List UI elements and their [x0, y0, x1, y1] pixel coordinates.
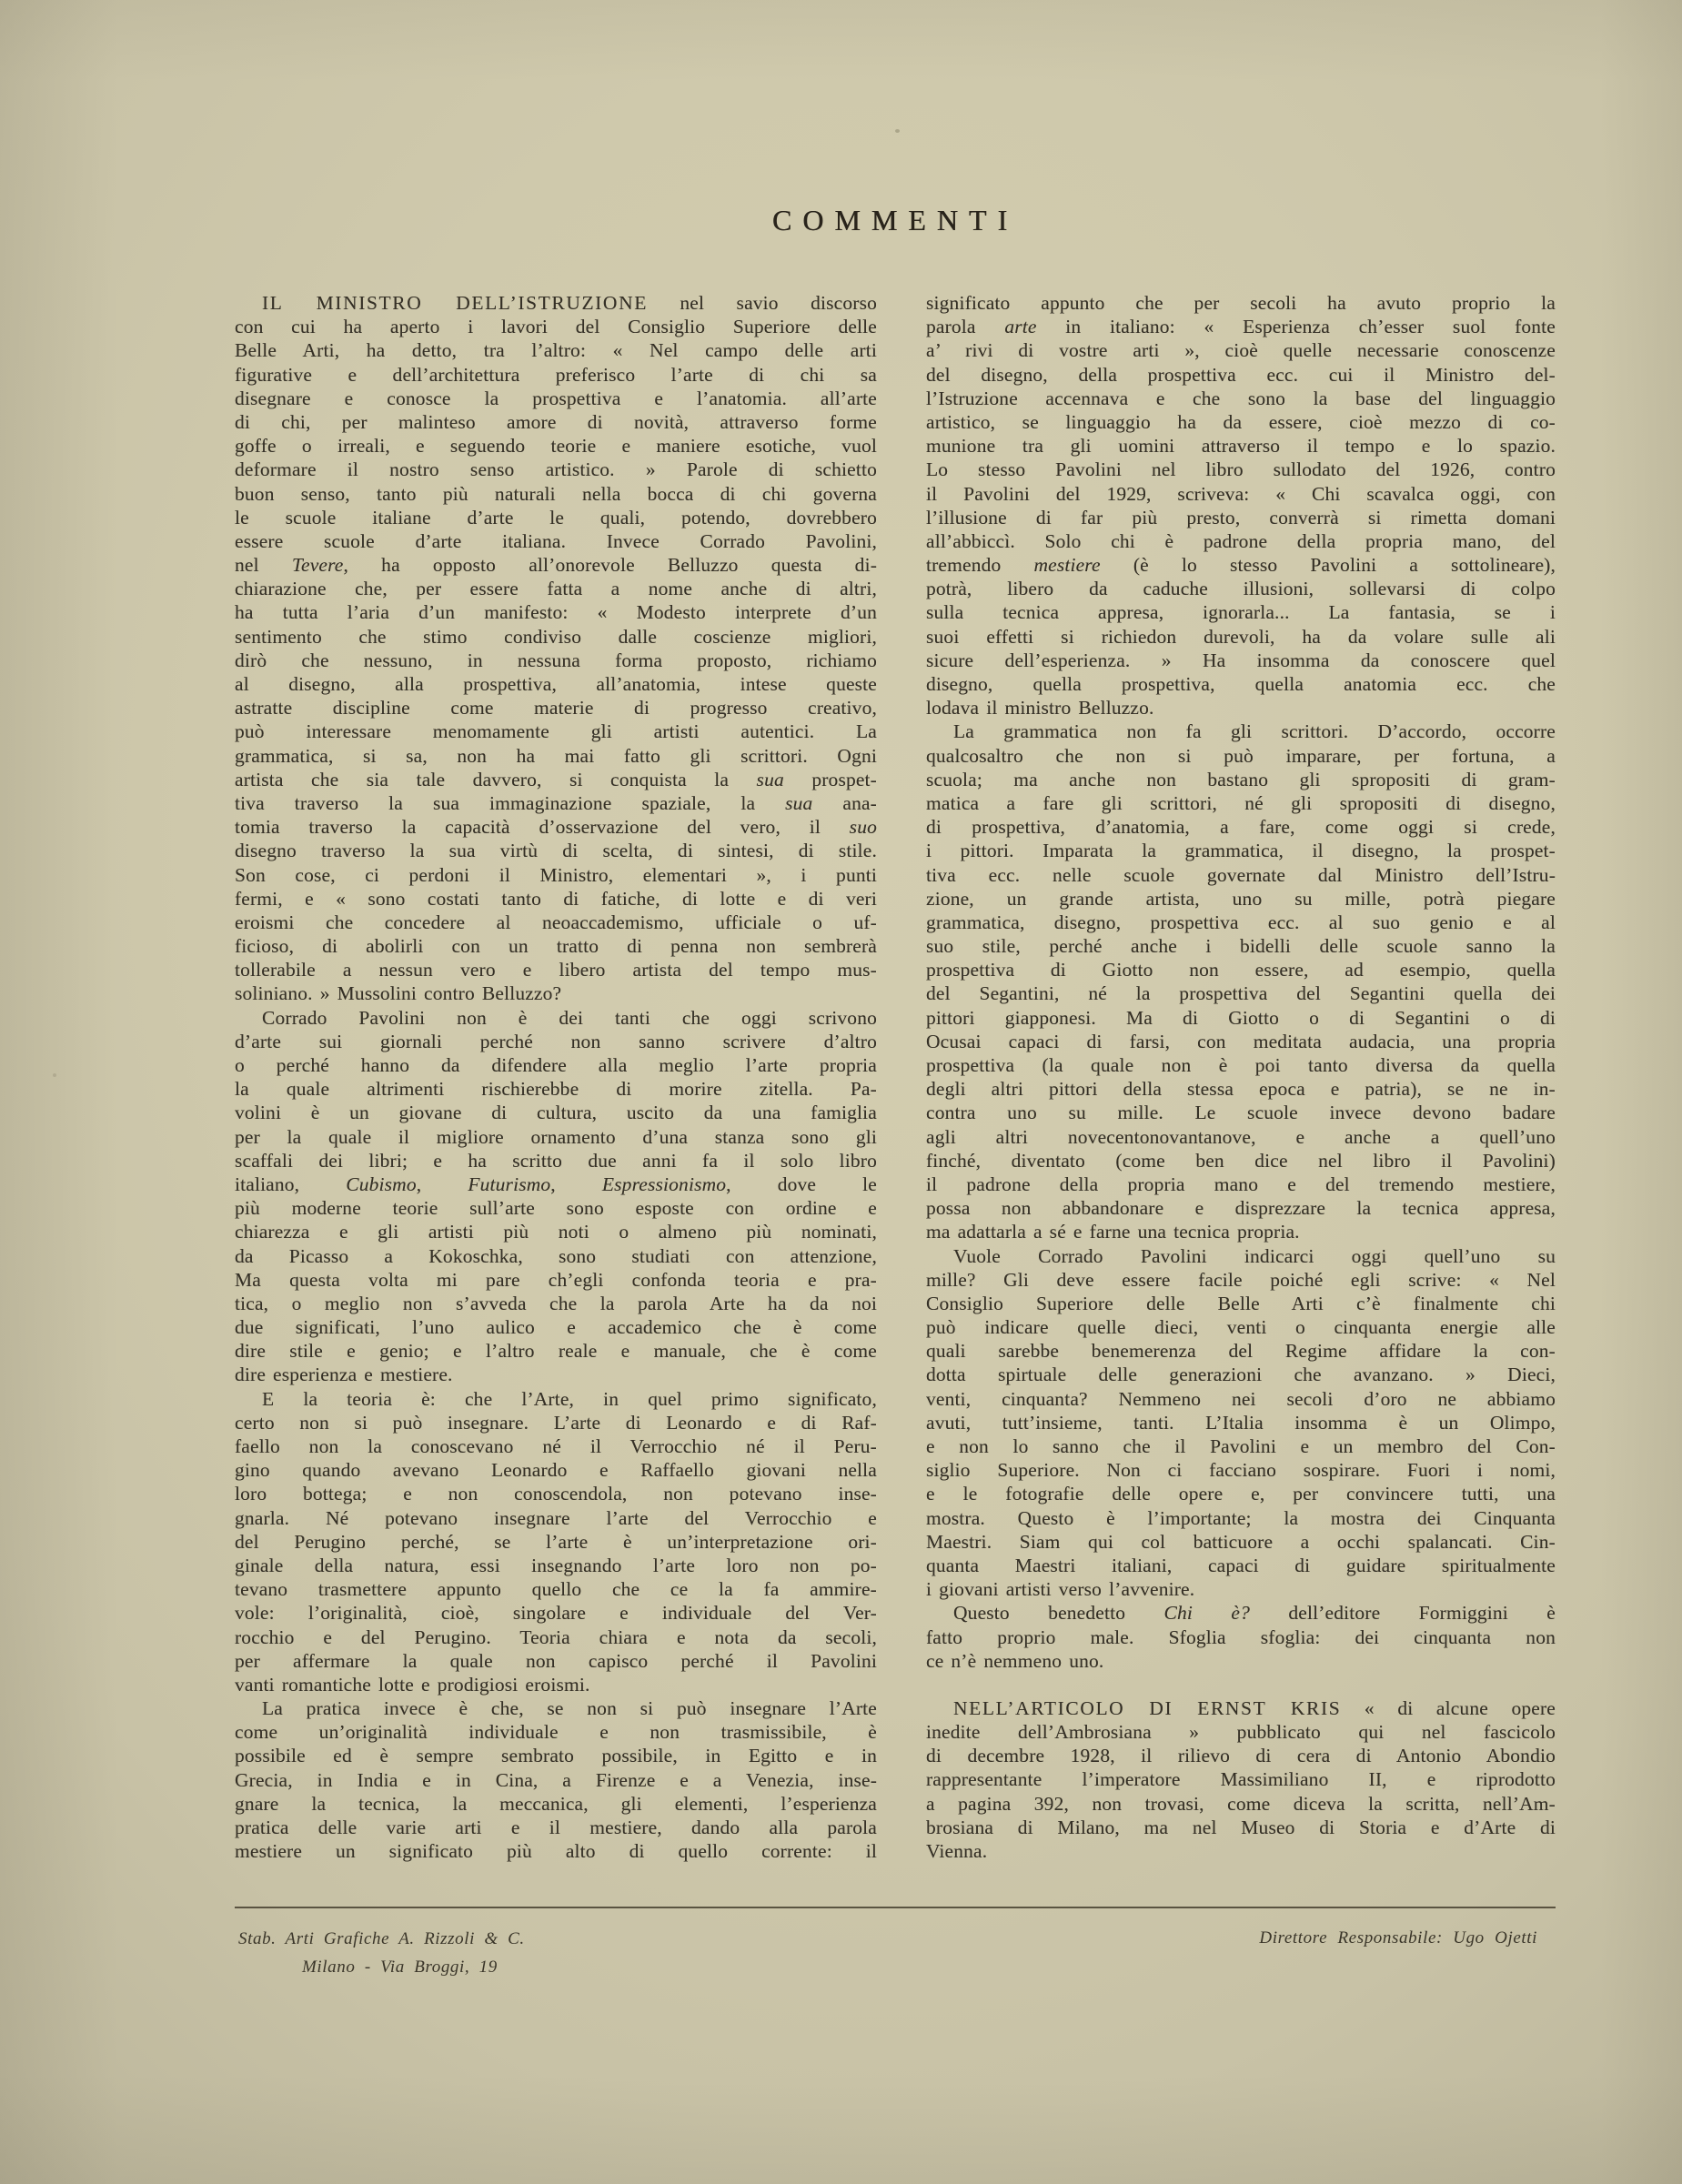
text-line: rappresentante l’imperatore Massimiliano… — [926, 1767, 1556, 1791]
text-line: Vuole Corrado Pavolini indicarci oggi qu… — [926, 1244, 1556, 1268]
text-line: dire esperienza e mestiere. — [235, 1363, 877, 1386]
text-line: NELL’ARTICOLO DI ERNST KRIS « di alcune … — [926, 1696, 1556, 1720]
text-line: rocchio e del Perugino. Teoria chiara e … — [235, 1625, 877, 1649]
text-line: loro bottega; e non conoscendola, non po… — [235, 1482, 877, 1505]
printer-credit: Stab. Arti Grafiche A. Rizzoli & C. Mila… — [238, 1925, 875, 1981]
text-line: del Perugino perché, se l’arte è un’inte… — [235, 1530, 877, 1554]
text-line: ha tutta l’aria d’un manifesto: « Modest… — [235, 600, 877, 624]
text-line: possibile ed è sempre sembrato possibile… — [235, 1744, 877, 1767]
lead-in-caps: NELL’ARTICOLO DI ERNST KRIS — [953, 1697, 1341, 1719]
text-line: tiva ecc. nelle scuole governate dal Min… — [926, 863, 1556, 887]
text-line: significato appunto che per secoli ha av… — [926, 291, 1556, 315]
paper-speck — [895, 129, 900, 133]
text-line: goffe o irreali, e seguendo teorie e man… — [235, 434, 877, 458]
text-line: sentimento che stimo condiviso dalle cos… — [235, 625, 877, 649]
text-line: Consiglio Superiore delle Belle Arti c’è… — [926, 1292, 1556, 1315]
text-line: a pagina 392, non trovasi, come diceva l… — [926, 1792, 1556, 1816]
text-line: gnarla. Né potevano insegnare l’arte del… — [235, 1506, 877, 1530]
text-line: disegnare e conosce la prospettiva e l’a… — [235, 387, 877, 410]
text-line: possa non abbandonare e disprezzare la t… — [926, 1196, 1556, 1220]
text-line: buon senso, tanto più naturali nella boc… — [235, 482, 877, 506]
text-line: ginale della natura, essi insegnando l’a… — [235, 1554, 877, 1577]
text-line: il padrone della propria mano e del trem… — [926, 1173, 1556, 1196]
text-line: parola arte in italiano: « Esperienza ch… — [926, 315, 1556, 338]
text-line: IL MINISTRO DELL’ISTRUZIONE nel savio di… — [235, 291, 877, 315]
text-line: tremendo mestiere (è lo stesso Pavolini … — [926, 553, 1556, 577]
text-line: Grecia, in India e in Cina, a Firenze e … — [235, 1768, 877, 1792]
text-line: soliniano. » Mussolini contro Belluzzo? — [235, 981, 877, 1005]
text-line: essere scuole d’arte italiana. Invece Co… — [235, 529, 877, 553]
text-line: mostra. Questo è l’importante; la mostra… — [926, 1506, 1556, 1530]
text-line: pittori giapponesi. Ma di Giotto o di Se… — [926, 1006, 1556, 1030]
text-line: del Segantini, né la prospettiva del Seg… — [926, 981, 1556, 1005]
text-line: può indicare quelle dieci, venti o cinqu… — [926, 1315, 1556, 1339]
text-line: vanti romantiche lotte e prodigiosi eroi… — [235, 1673, 877, 1696]
text-line: prospettiva di Giotto non essere, ad ese… — [926, 958, 1556, 981]
paper-speck — [53, 1073, 56, 1077]
text-line: Corrado Pavolini non è dei tanti che ogg… — [235, 1006, 877, 1030]
text-line: tica, o meglio non s’avveda che la parol… — [235, 1292, 877, 1315]
text-line: gino quando avevano Leonardo e Raffaello… — [235, 1458, 877, 1482]
text-line: fermi, e « sono costati tanto di fatiche… — [235, 887, 877, 911]
text-line: tomia traverso la capacità d’osservazion… — [235, 815, 877, 839]
paragraph: significato appunto che per secoli ha av… — [926, 291, 1556, 720]
text-line: di chi, per malinteso amore di novità, a… — [235, 410, 877, 434]
text-line: potrà, libero da caduche illusioni, soll… — [926, 577, 1556, 600]
text-line: e non lo sanno che il Pavolini e un memb… — [926, 1434, 1556, 1458]
text-line: la quale altrimenti rischierebbe di mori… — [235, 1077, 877, 1101]
text-line: per la quale il migliore ornamento d’una… — [235, 1125, 877, 1149]
text-line: faello non la conoscevano né il Verrocch… — [235, 1434, 877, 1458]
printer-address: Milano - Via Broggi, 19 — [238, 1953, 875, 1981]
text-line: e le fotografie delle opere e, per convi… — [926, 1482, 1556, 1505]
text-line: può interessare menomamente gli artisti … — [235, 720, 877, 743]
text-line: fatto proprio male. Sfoglia sfoglia: dei… — [926, 1625, 1556, 1649]
text-line: agli altri novecentonovantanove, e anche… — [926, 1125, 1556, 1149]
text-line: volini è un giovane di cultura, uscito d… — [235, 1101, 877, 1124]
text-line: zione, un grande artista, uno su mille, … — [926, 887, 1556, 911]
text-line: scuola; ma anche non bastano gli spropos… — [926, 768, 1556, 791]
text-line: sulla tecnica appresa, ignorarla... La f… — [926, 600, 1556, 624]
text-line: figurative e dell’architettura preferisc… — [235, 363, 877, 387]
paragraph: E la teoria è: che l’Arte, in quel primo… — [235, 1387, 877, 1696]
text-line: da Picasso a Kokoschka, sono studiati co… — [235, 1244, 877, 1268]
text-line: Vienna. — [926, 1839, 1556, 1863]
text-line: La pratica invece è che, se non si può i… — [235, 1696, 877, 1720]
text-line: ce n’è nemmeno uno. — [926, 1649, 1556, 1673]
text-line: disegno traverso la sua virtù di scelta,… — [235, 839, 877, 862]
text-line: chiarezza e gli artisti più noti o almen… — [235, 1220, 877, 1243]
text-line: o perché hanno da difendere alla meglio … — [235, 1053, 877, 1077]
text-line: matica a fare gli scrittori, né gli spro… — [926, 791, 1556, 815]
paragraph: Questo benedetto Chi è? dell’editore For… — [926, 1601, 1556, 1673]
text-line: qualcosaltro che non si può imparare, pe… — [926, 744, 1556, 768]
text-line: vole: l’originalità, cioè, singolare e i… — [235, 1601, 877, 1625]
text-line: deformare il nostro senso artistico. » P… — [235, 458, 877, 481]
column-right: significato appunto che per secoli ha av… — [926, 291, 1556, 1863]
text-line: disegno, quella prospettiva, quella anat… — [926, 672, 1556, 696]
text-line: Son cose, ci perdoni il Ministro, elemen… — [235, 863, 877, 887]
text-line: d’arte sui giornali perché non sanno scr… — [235, 1030, 877, 1053]
text-line: tollerabile a nessun vero e libero artis… — [235, 958, 877, 981]
text-line: dire stile e genio; e l’altro reale e ma… — [235, 1339, 877, 1363]
column-left: IL MINISTRO DELL’ISTRUZIONE nel savio di… — [235, 291, 877, 1863]
magazine-page: COMMENTI IL MINISTRO DELL’ISTRUZIONE nel… — [0, 0, 1682, 2184]
text-line: del disegno, della prospettiva ecc. cui … — [926, 363, 1556, 387]
text-line: finché, diventato (come ben dice nel lib… — [926, 1149, 1556, 1173]
text-line: E la teoria è: che l’Arte, in quel primo… — [235, 1387, 877, 1411]
text-line: più moderne teorie sull’arte sono espost… — [235, 1196, 877, 1220]
paragraph: IL MINISTRO DELL’ISTRUZIONE nel savio di… — [235, 291, 877, 1006]
director-credit: Direttore Responsabile: Ugo Ojetti — [926, 1928, 1537, 1948]
text-line: all’abbiccì. Solo chi è padrone della pr… — [926, 529, 1556, 553]
text-line: ficioso, di abolirli con un tratto di pe… — [235, 934, 877, 958]
paragraph: La grammatica non fa gli scrittori. D’ac… — [926, 720, 1556, 1243]
text-line: artista che sia tale davvero, si conquis… — [235, 768, 877, 791]
text-line: grammatica, si sa, non ha mai fatto gli … — [235, 744, 877, 768]
footer-rule — [235, 1907, 1556, 1908]
text-line: l’Istruzione accennava e che sono la bas… — [926, 387, 1556, 410]
text-line: gnare la tecnica, la meccanica, gli elem… — [235, 1792, 877, 1816]
text-line: dotta spirtuale delle generazioni che av… — [926, 1363, 1556, 1386]
text-line: suo stile, perché anche i bidelli delle … — [926, 934, 1556, 958]
paragraph: Corrado Pavolini non è dei tanti che ogg… — [235, 1006, 877, 1387]
text-line: lodava il ministro Belluzzo. — [926, 696, 1556, 720]
text-line: i giovani artisti verso l’avvenire. — [926, 1577, 1556, 1601]
text-line: il Pavolini del 1929, scriveva: « Chi sc… — [926, 482, 1556, 506]
text-line: Lo stesso Pavolini nel libro sullodato d… — [926, 458, 1556, 481]
text-line: due significati, l’uno aulico e accademi… — [235, 1315, 877, 1339]
text-line: suoi effetti si richiedon durevoli, ha d… — [926, 625, 1556, 649]
text-line: per affermare la quale non capisco perch… — [235, 1649, 877, 1673]
text-line: chiarazione che, per essere fatta a nome… — [235, 577, 877, 600]
text-line: astratte discipline come materie di prog… — [235, 696, 877, 720]
text-line: La grammatica non fa gli scrittori. D’ac… — [926, 720, 1556, 743]
text-line: mestiere un significato più alto di quel… — [235, 1839, 877, 1863]
text-line: venti, cinquanta? Nemmeno nei secoli d’o… — [926, 1387, 1556, 1411]
text-line: prospettiva (la quale non è poi tanto di… — [926, 1053, 1556, 1077]
text-line: come un’originalità individuale e non tr… — [235, 1720, 877, 1744]
text-line: Maestri. Siam qui col batticuore a occhi… — [926, 1530, 1556, 1554]
text-line: munione tra gli uomini attraverso il tem… — [926, 434, 1556, 458]
lead-in-caps: IL MINISTRO DELL’ISTRUZIONE — [262, 292, 648, 314]
text-line: di decembre 1928, il rilievo di cera di … — [926, 1744, 1556, 1767]
text-line: ma adattarla a sé e farne una tecnica pr… — [926, 1220, 1556, 1243]
text-line: mille? Gli deve essere facile poiché egl… — [926, 1268, 1556, 1292]
text-line: quanta Maestri italiani, capaci di guida… — [926, 1554, 1556, 1577]
text-line: eroismi che concedere al neoaccademismo,… — [235, 911, 877, 934]
text-line: Ocusai capaci di farsi, con meditata aud… — [926, 1030, 1556, 1053]
text-line: nel Tevere, ha opposto all’onorevole Bel… — [235, 553, 877, 577]
text-line: scaffali dei libri; e ha scritto due ann… — [235, 1149, 877, 1173]
paragraph: NELL’ARTICOLO DI ERNST KRIS « di alcune … — [926, 1696, 1556, 1863]
text-line: di prospettiva, d’anatomia, a fare, come… — [926, 815, 1556, 839]
paragraph: La pratica invece è che, se non si può i… — [235, 1696, 877, 1863]
printer-name: Stab. Arti Grafiche A. Rizzoli & C. — [238, 1925, 875, 1953]
text-line: inedite dell’Ambrosiana » pubblicato qui… — [926, 1720, 1556, 1744]
text-line: Belle Arti, ha detto, tra l’altro: « Nel… — [235, 338, 877, 362]
paragraph: Vuole Corrado Pavolini indicarci oggi qu… — [926, 1244, 1556, 1602]
text-line: dirò che nessuno, in nessuna forma propo… — [235, 649, 877, 672]
text-line: degli altri pittori della stessa epoca e… — [926, 1077, 1556, 1101]
text-line: l’illusione di far più presto, converrà … — [926, 506, 1556, 529]
text-line: avuti, tutt’insieme, tanti. L’Italia ins… — [926, 1411, 1556, 1434]
text-line: siglio Superiore. Non ci facciano sospir… — [926, 1458, 1556, 1482]
text-line: i pittori. Imparata la grammatica, il di… — [926, 839, 1556, 862]
text-line: al disegno, alla prospettiva, all’anatom… — [235, 672, 877, 696]
text-line: artistico, se linguaggio ha da essere, c… — [926, 410, 1556, 434]
text-line: quali sarebbe benemerenza del Regime aff… — [926, 1339, 1556, 1363]
text-line: grammatica, disegno, prospettiva ecc. al… — [926, 911, 1556, 934]
text-line: Questo benedetto Chi è? dell’editore For… — [926, 1601, 1556, 1625]
text-line: le scuole italiane d’arte le quali, pote… — [235, 506, 877, 529]
text-line: brosiana di Milano, ma nel Museo di Stor… — [926, 1816, 1556, 1839]
text-line: tiva traverso la sua immaginazione spazi… — [235, 791, 877, 815]
text-line: a’ rivi di vostre arti », cioè quelle ne… — [926, 338, 1556, 362]
text-line: con cui ha aperto i lavori del Consiglio… — [235, 315, 877, 338]
text-line: certo non si può insegnare. L’arte di Le… — [235, 1411, 877, 1434]
text-line: contra uno su mille. Le scuole invece de… — [926, 1101, 1556, 1124]
page-title: COMMENTI — [235, 204, 1556, 237]
text-line: italiano, Cubismo, Futurismo, Espression… — [235, 1173, 877, 1196]
text-line: tevano trasmettere appunto quello che ce… — [235, 1577, 877, 1601]
text-line: sicure dell’esperienza. » Ha insomma da … — [926, 649, 1556, 672]
text-line: pratica delle varie arti e il mestiere, … — [235, 1816, 877, 1839]
text-line: Ma questa volta mi pare ch’egli confonda… — [235, 1268, 877, 1292]
